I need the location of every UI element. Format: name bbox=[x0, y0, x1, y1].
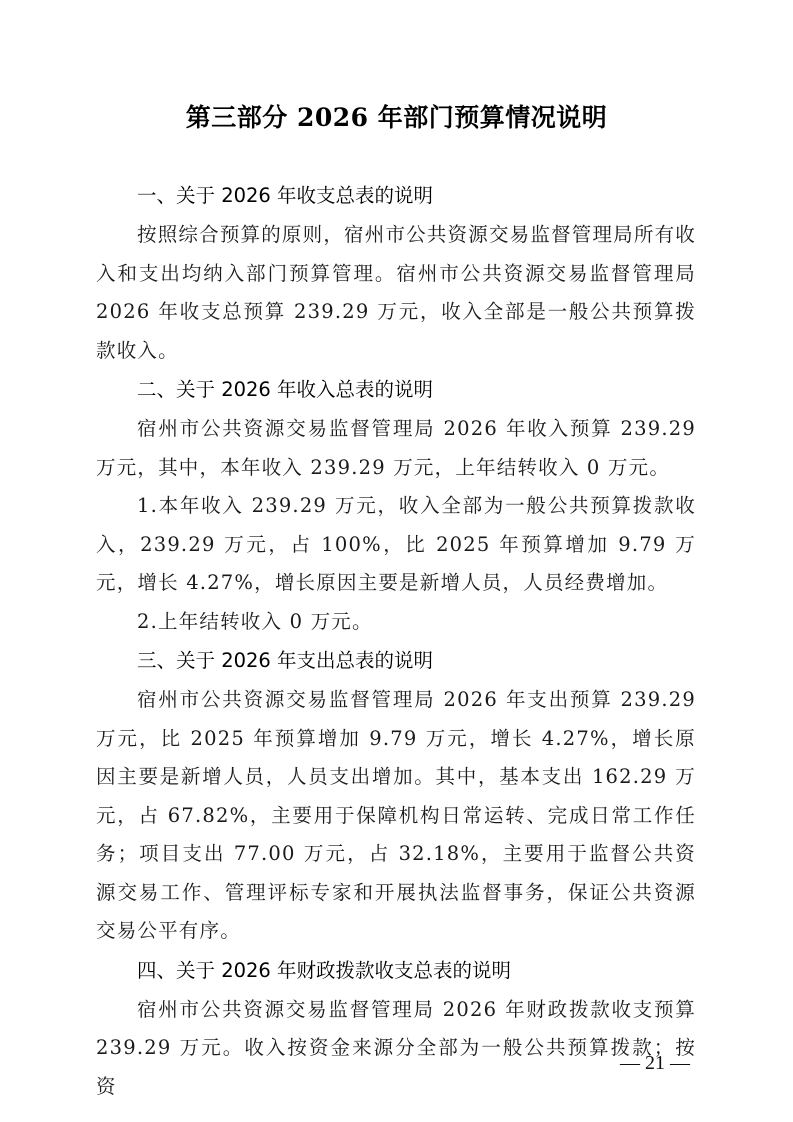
section-heading-4: 四、关于 2026 年财政拨款收支总表的说明 bbox=[96, 951, 696, 991]
paragraph: 1.本年收入 239.29 万元，收入全部为一般公共预算拨款收入，239.29 … bbox=[96, 487, 696, 603]
paragraph: 按照综合预算的原则，宿州市公共资源交易监督管理局所有收入和支出均纳入部门预算管理… bbox=[96, 216, 696, 370]
section-heading-2: 二、关于 2026 年收入总表的说明 bbox=[96, 370, 696, 410]
paragraph: 2.上年结转收入 0 万元。 bbox=[96, 603, 696, 642]
paragraph: 宿州市公共资源交易监督管理局 2026 年支出预算 239.29 万元，比 20… bbox=[96, 681, 696, 951]
document-body: 一、关于 2026 年收支总表的说明 按照综合预算的原则，宿州市公共资源交易监督… bbox=[96, 176, 696, 1106]
page-number: — 21 — bbox=[620, 1048, 690, 1078]
paragraph: 宿州市公共资源交易监督管理局 2026 年收入预算 239.29 万元，其中，本… bbox=[96, 410, 696, 487]
paragraph: 宿州市公共资源交易监督管理局 2026 年财政拨款收支预算 239.29 万元。… bbox=[96, 991, 696, 1107]
section-heading-3: 三、关于 2026 年支出总表的说明 bbox=[96, 641, 696, 681]
page-title: 第三部分 2026 年部门预算情况说明 bbox=[0, 100, 793, 136]
section-heading-1: 一、关于 2026 年收支总表的说明 bbox=[96, 176, 696, 216]
